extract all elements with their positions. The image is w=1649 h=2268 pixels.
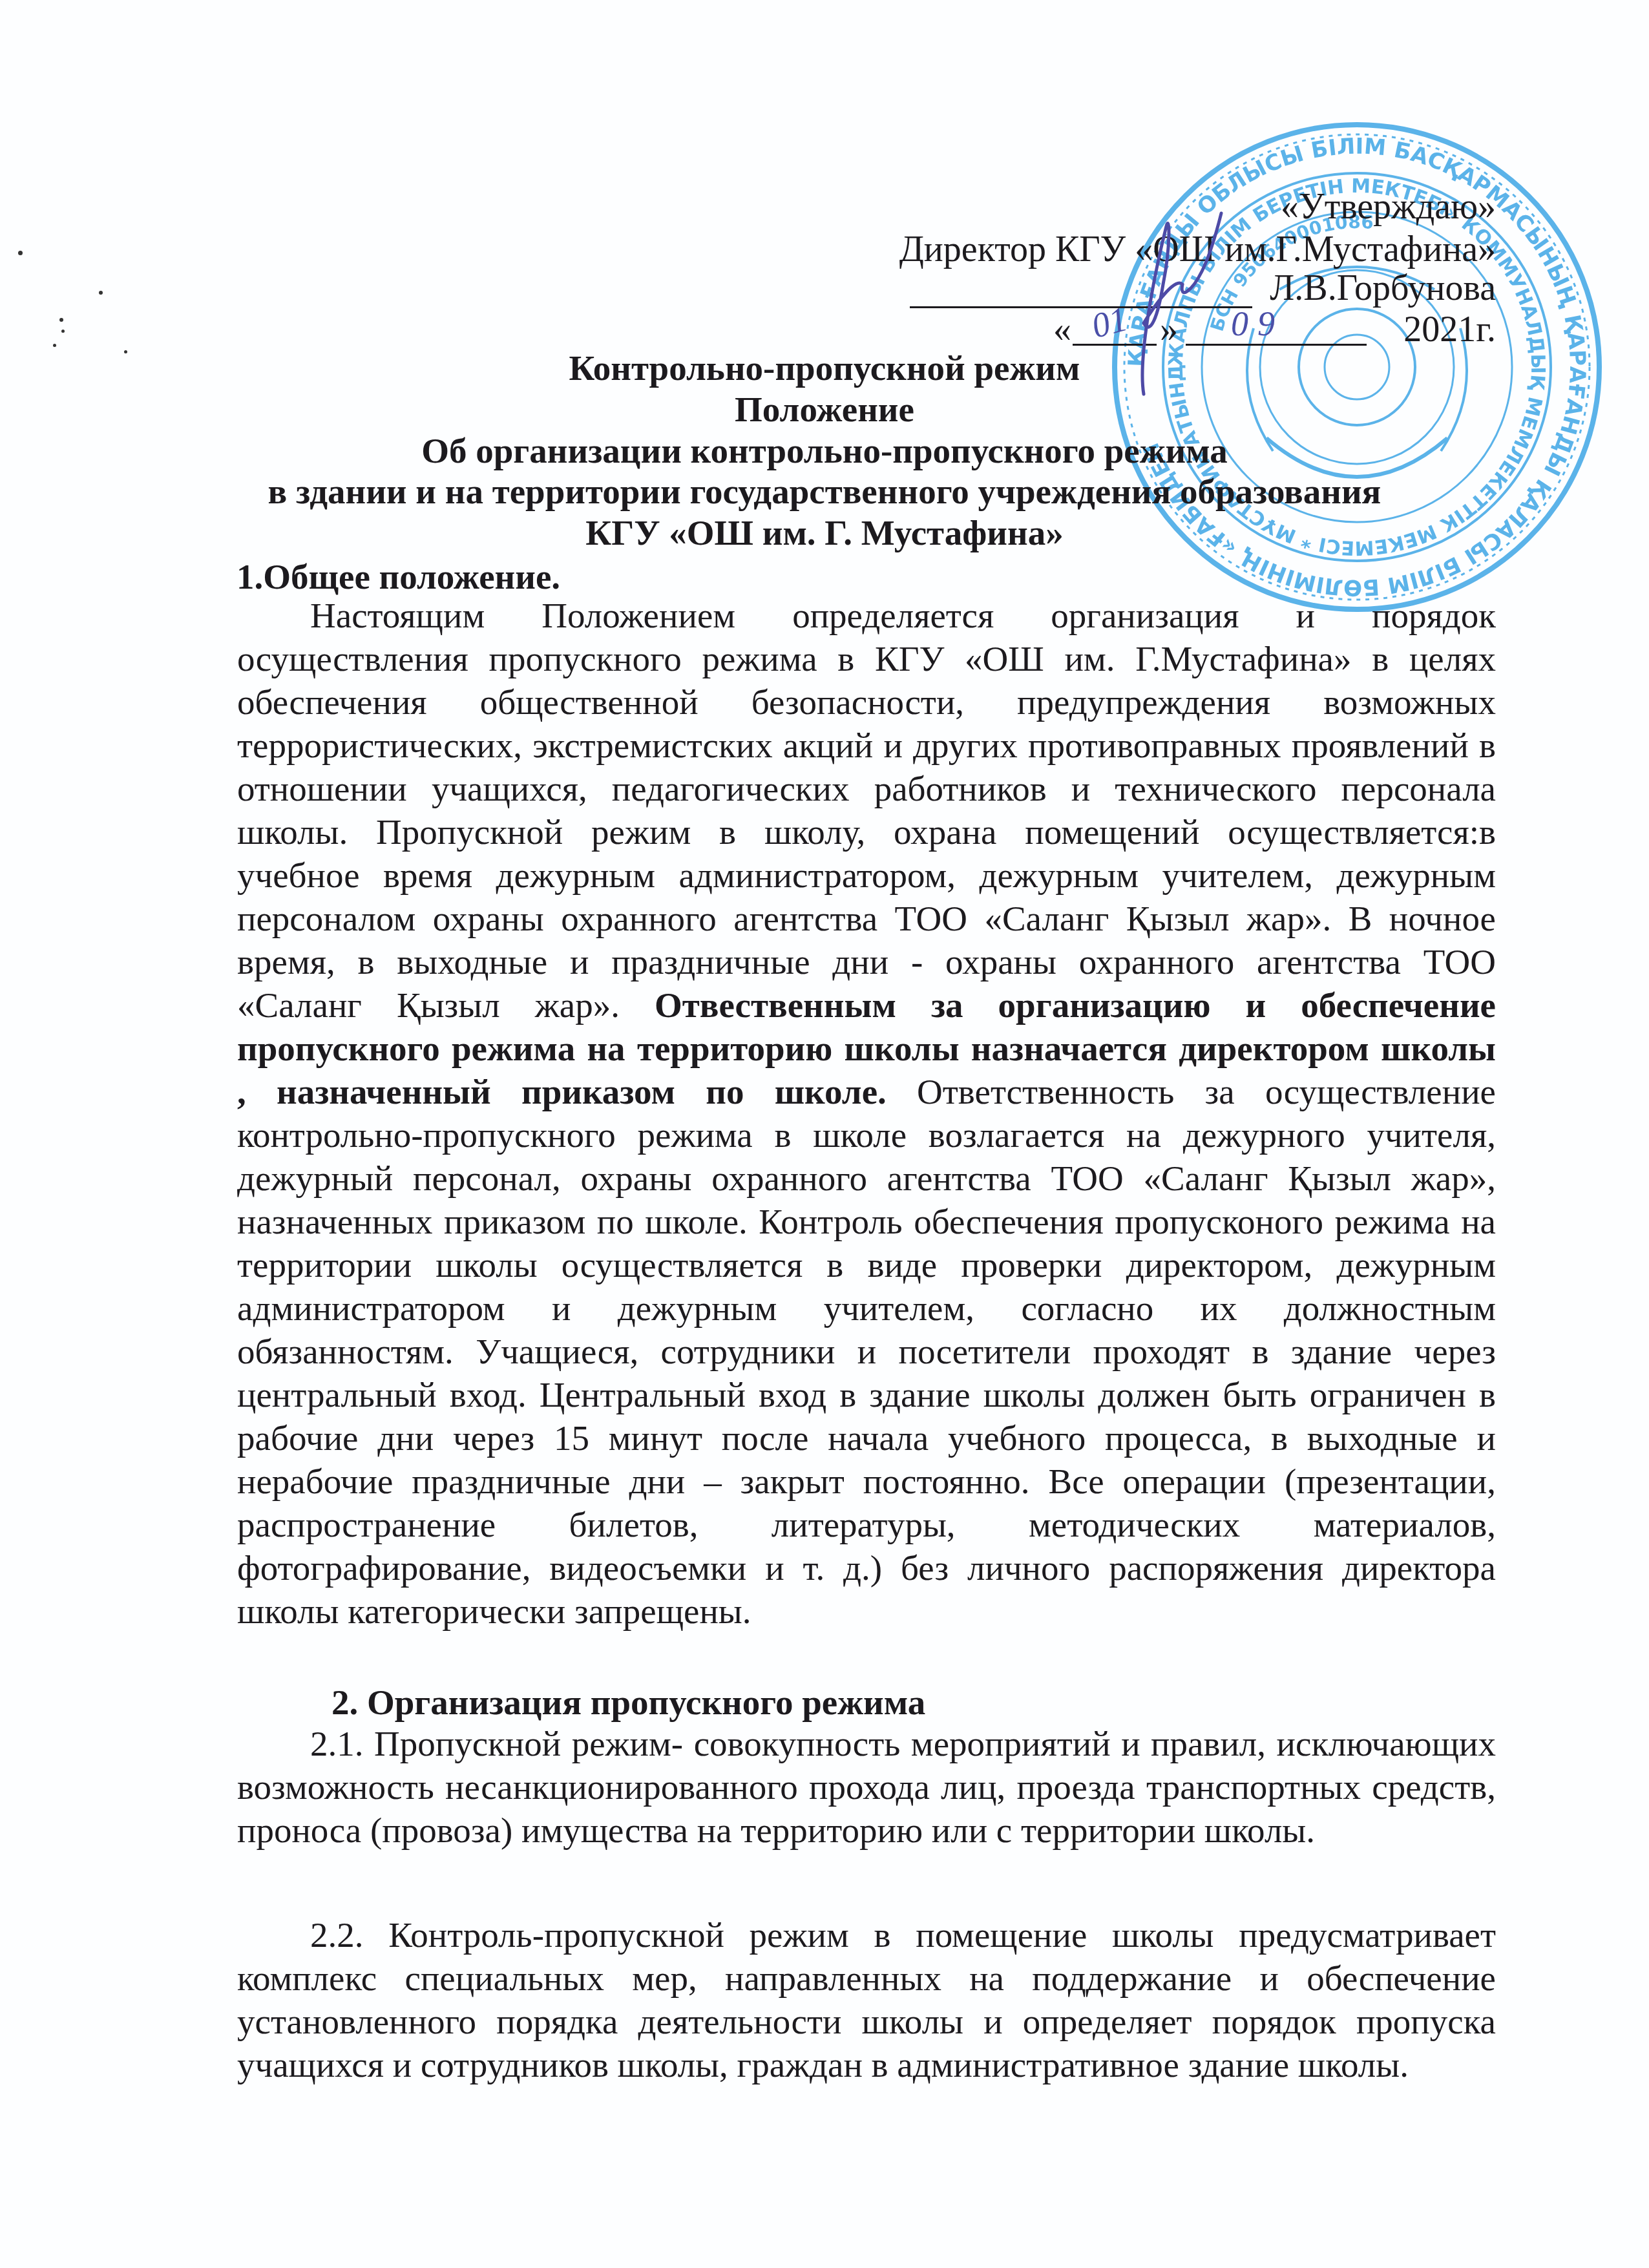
scan-speck <box>53 344 56 347</box>
approval-director-line: Директор КГУ «ОШ им.Г.Мустафина» <box>899 231 1496 268</box>
date-open-quote: « <box>1053 311 1071 348</box>
date-close-quote: » <box>1160 311 1178 348</box>
section-2-heading: 2. Организация пропускного режима <box>331 1685 925 1720</box>
document-title-main: Контрольно-пропускной режим <box>0 350 1649 386</box>
s1-line: обеспечения общественной безопасности, п… <box>237 684 1496 723</box>
s1-line: пропускного режима на территорию школы н… <box>237 1031 1496 1069</box>
s1-line: учебное время дежурным администратором, … <box>237 857 1496 896</box>
s1-line: администратором и дежурным учителем, сог… <box>237 1290 1496 1329</box>
s2-line: 2.1. Пропускной режим- совокупность меро… <box>310 1726 1496 1765</box>
scan-speck <box>61 330 65 333</box>
s2-line: возможность несанкционированного прохода… <box>237 1769 1496 1808</box>
s1-line: школы категорически запрещены. <box>237 1593 1496 1632</box>
responsible-emphasis: Отвественным за организацию и обеспечени… <box>655 985 1496 1025</box>
s2-line: установленного порядка деятельности школ… <box>237 2004 1496 2042</box>
s1-line: Настоящим Положением определяется органи… <box>310 598 1496 636</box>
s2-line: проноса (провоза) имущества на территори… <box>237 1812 1496 1851</box>
section-1-heading: 1.Общее положение. <box>236 559 560 594</box>
document-subtitle-organization: Об организации контрольно-пропускного ре… <box>0 433 1649 468</box>
s1-line: отношении учащихся, педагогических работ… <box>237 771 1496 810</box>
s1-line: террористических, экстремистских акций и… <box>237 728 1496 766</box>
date-year: 2021г. <box>1403 311 1496 348</box>
s1-line: фотографирование, видеосъемки и т. д.) б… <box>237 1550 1496 1589</box>
s1-line: территории школы осуществляется в виде п… <box>237 1247 1496 1286</box>
s1-line: «Саланг Қызыл жар». Отвественным за орга… <box>237 987 1496 1026</box>
s1-line: время, в выходные и праздничные дни - ох… <box>237 944 1496 983</box>
signature-underline <box>910 306 1252 308</box>
s1-line: контрольно-пропускного режима в школе во… <box>237 1117 1496 1156</box>
s1-line: распространение билетов, литературы, мет… <box>237 1507 1496 1546</box>
date-month-handwritten: 09 <box>1231 304 1284 344</box>
document-subtitle-building: в здании и на территории государственног… <box>0 474 1649 509</box>
approval-director-name: Л.В.Горбунова <box>1270 270 1496 306</box>
date-day-underline <box>1073 344 1157 346</box>
s2-line: учащихся и сотрудников школы, граждан в … <box>237 2047 1496 2086</box>
date-month-underline <box>1186 344 1367 346</box>
s2-line: 2.2. Контроль-пропускной режим в помещен… <box>310 1917 1496 1956</box>
scan-speck <box>59 318 63 322</box>
s1-line: центральный вход. Центральный вход в зда… <box>237 1377 1496 1416</box>
s1-line: назначенных приказом по школе. Контроль … <box>237 1204 1496 1243</box>
scan-speck <box>99 291 103 295</box>
s1-line: школы. Пропускной режим в школу, охрана … <box>237 814 1496 853</box>
scan-speck <box>124 350 127 353</box>
s1-line: обязанностям. Учащиеся, сотрудники и пос… <box>237 1334 1496 1372</box>
approval-approve-label: «Утверждаю» <box>1281 189 1496 225</box>
s2-line: комплекс специальных мер, направленных н… <box>237 1960 1496 1999</box>
s1-line: осуществления пропускного режима в КГУ «… <box>237 641 1496 680</box>
s1-line: рабочие дни через 15 минут после начала … <box>237 1420 1496 1459</box>
s1-line: дежурный персонал, охраны охранного аген… <box>237 1160 1496 1199</box>
s1-line: , назначенный приказом по школе. Ответст… <box>237 1074 1496 1113</box>
s1-line: персоналом охраны охранного агентства ТО… <box>237 901 1496 940</box>
scan-speck <box>18 251 23 255</box>
document-page: ҚАРАҒАНДЫ ОБЛЫСЫ БІЛІМ БАСҚАРМАСЫНЫҢ ҚАР… <box>0 0 1649 2268</box>
document-title-position: Положение <box>0 392 1649 427</box>
s1-line: нерабочие праздничные дни – закрыт посто… <box>237 1464 1496 1502</box>
document-subtitle-school: КГУ «ОШ им. Г. Мустафина» <box>0 515 1649 551</box>
